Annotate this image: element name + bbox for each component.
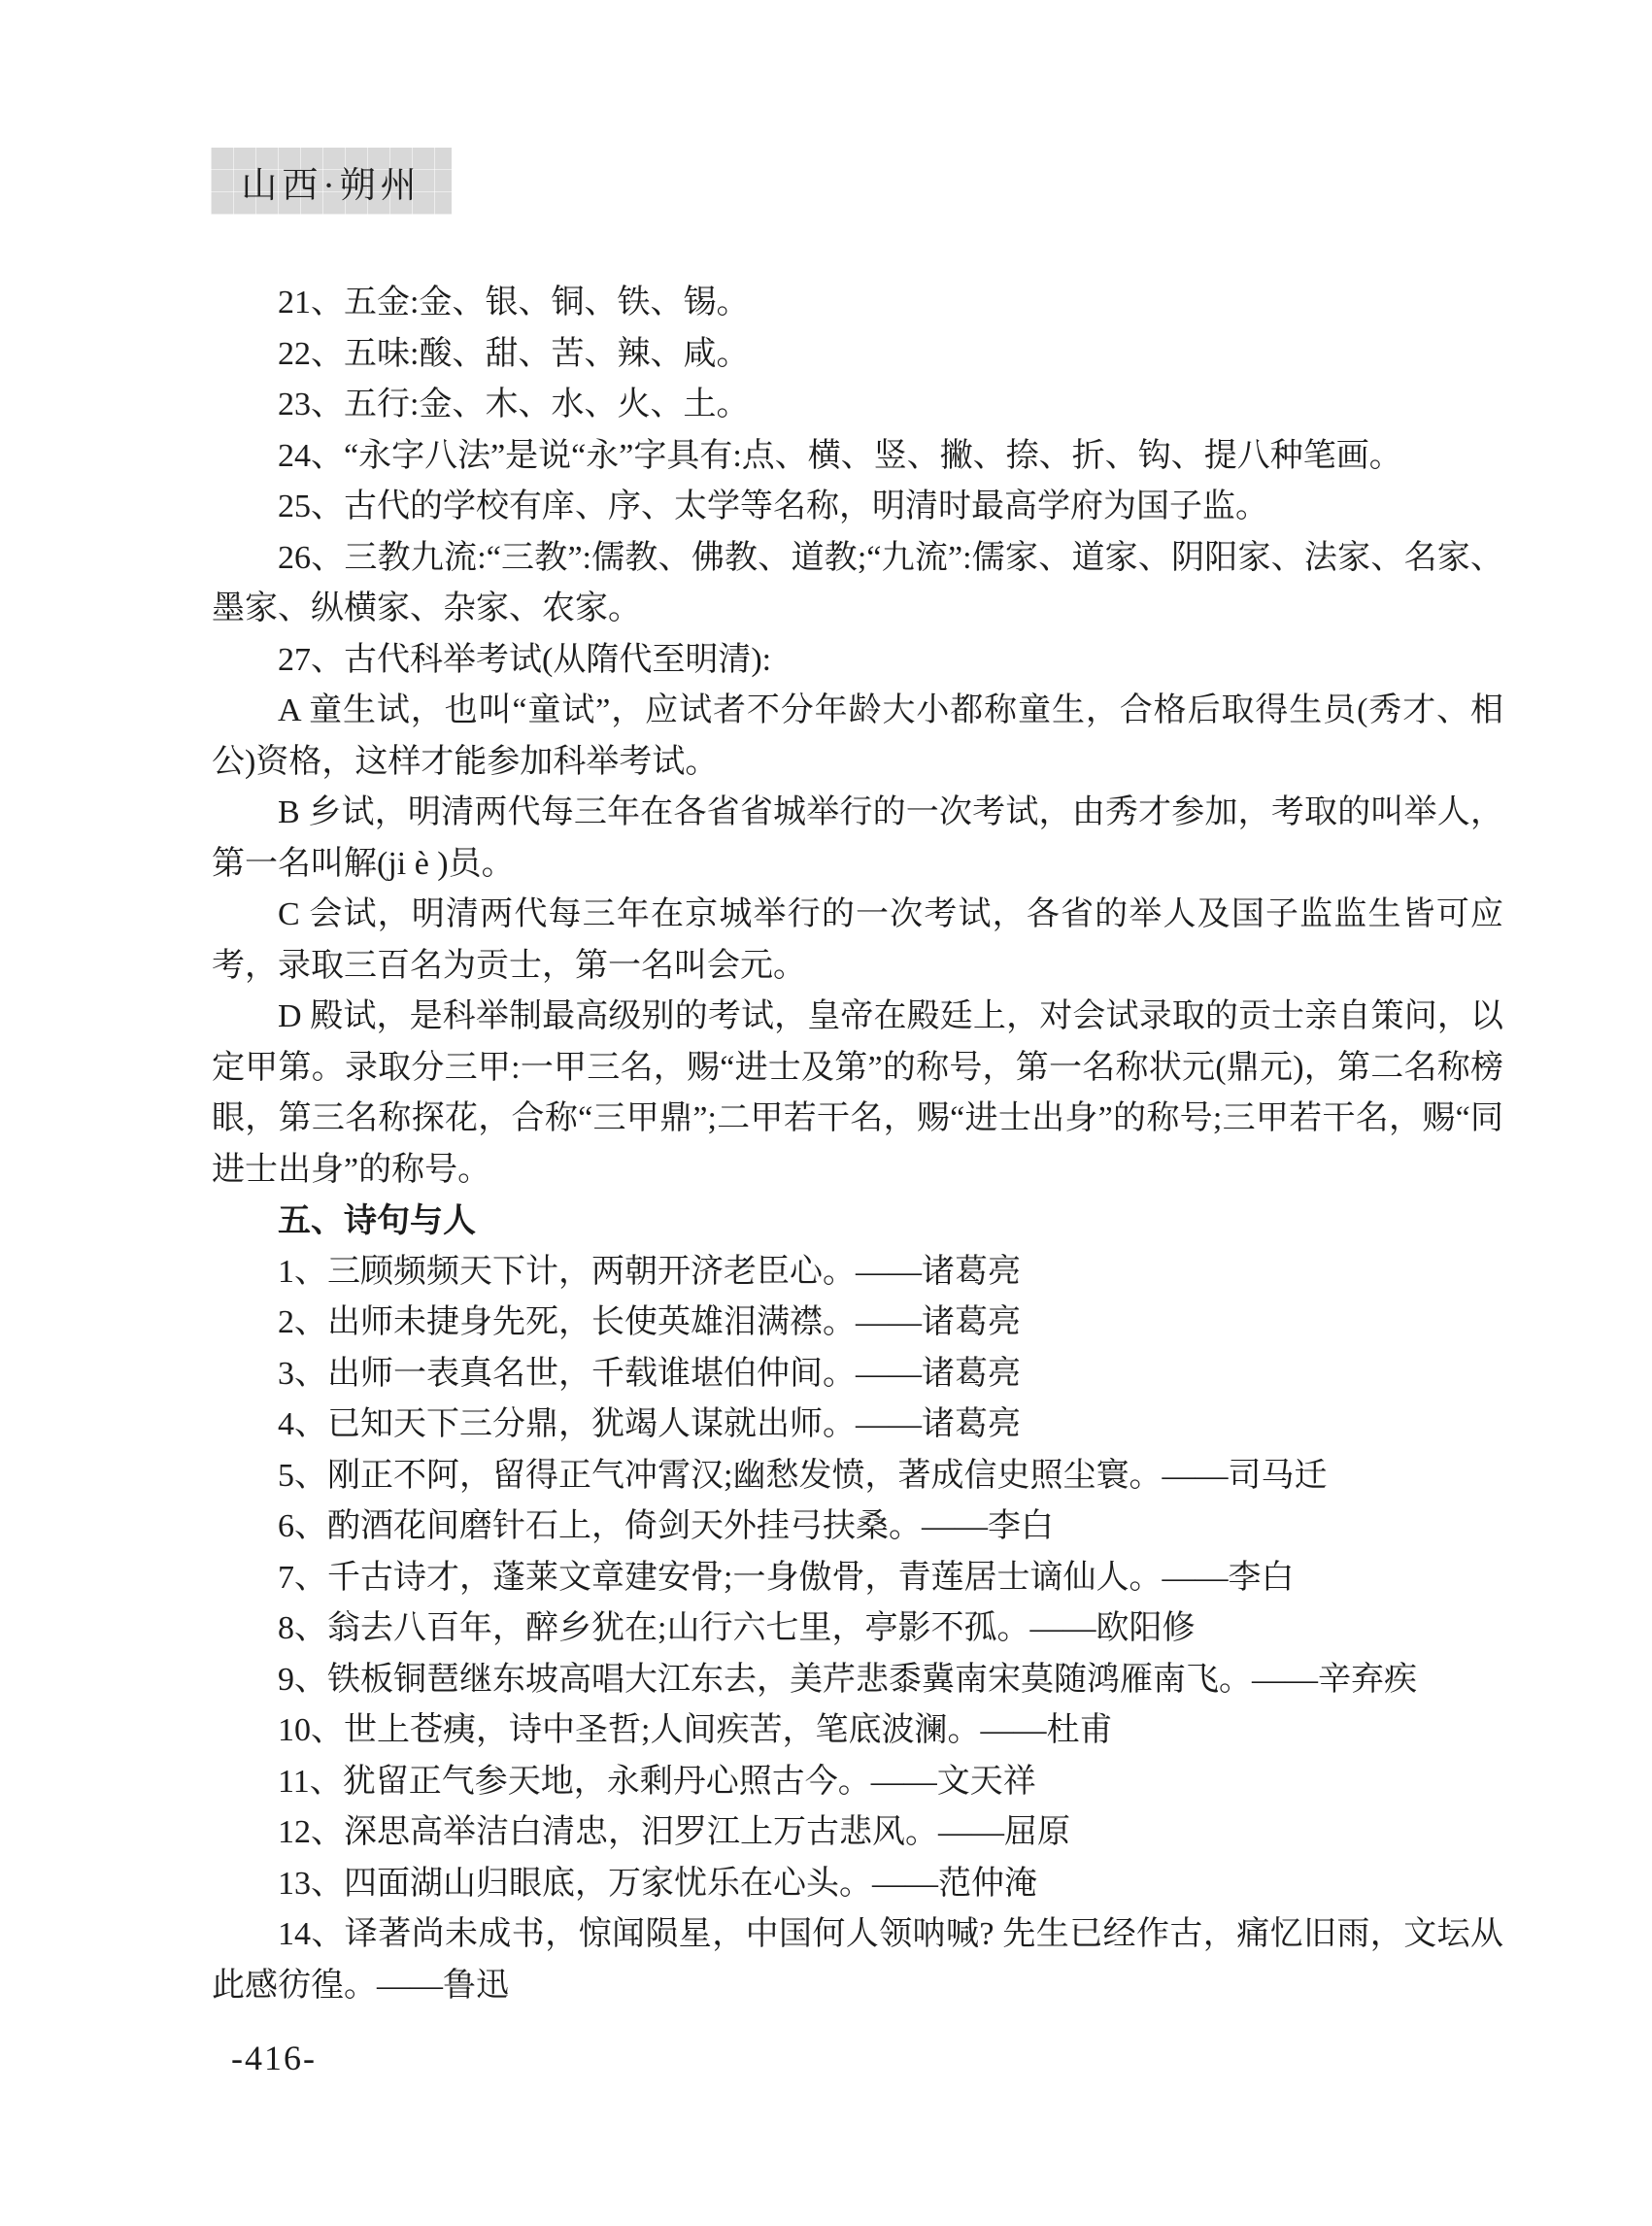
item-27b-xiangshi-exam: B 乡试，明清两代每三年在各省省城举行的一次考试，由秀才参加，考取的叫举人，第一… — [212, 788, 1503, 890]
item-26-three-teachings-nine-schools: 26、三教九流:“三教”:儒教、佛教、道教;“九流”:儒家、道家、阴阳家、法家、… — [212, 533, 1503, 635]
page-number: -416- — [231, 2038, 317, 2078]
poem-line-2: 2、出师未捷身先死，长使英雄泪满襟。——诸葛亮 — [212, 1298, 1503, 1349]
poem-line-7: 7、千古诗才，蓬莱文章建安骨;一身傲骨，青莲居士谪仙人。——李白 — [212, 1553, 1503, 1604]
item-22-five-tastes: 22、五味:酸、甜、苦、辣、咸。 — [212, 329, 1503, 381]
item-24-eight-strokes: 24、“永字八法”是说“永”字具有:点、横、竖、撇、捺、折、钩、提八种笔画。 — [212, 431, 1503, 483]
poem-line-3: 3、出师一表真名世，千载谁堪伯仲间。——诸葛亮 — [212, 1349, 1503, 1400]
poem-line-12: 12、深思高举洁白清忠，汨罗江上万古悲风。——屈原 — [212, 1807, 1503, 1859]
item-27c-huishi-exam: C 会试，明清两代每三年在京城举行的一次考试，各省的举人及国子监监生皆可应考，录… — [212, 890, 1503, 992]
poem-line-5: 5、刚正不阿，留得正气冲霄汉;幽愁发愤，著成信史照尘寰。——司马迁 — [212, 1451, 1503, 1502]
item-21-five-metals: 21、五金:金、银、铜、铁、锡。 — [212, 278, 1503, 329]
poem-line-13: 13、四面湖山归眼底，万家忧乐在心头。——范仲淹 — [212, 1859, 1503, 1910]
item-27-imperial-exams: 27、古代科举考试(从隋代至明清): — [212, 635, 1503, 687]
poem-line-4: 4、已知天下三分鼎，犹竭人谋就出师。——诸葛亮 — [212, 1400, 1503, 1451]
item-27a-tongsheng-exam: A 童生试，也叫“童试”，应试者不分年龄大小都称童生，合格后取得生员(秀才、相公… — [212, 686, 1503, 788]
poem-line-14: 14、译著尚未成书，惊闻陨星，中国何人领呐喊? 先生已经作古，痛忆旧雨，文坛从此… — [212, 1909, 1503, 2011]
section-heading-poems-and-people: 五、诗句与人 — [212, 1196, 1503, 1247]
region-header-badge: 山西·朔州 — [211, 148, 452, 215]
poem-line-1: 1、三顾频频天下计，两朝开济老臣心。——诸葛亮 — [212, 1247, 1503, 1298]
poem-line-6: 6、酌酒花间磨针石上，倚剑天外挂弓扶桑。——李白 — [212, 1501, 1503, 1553]
item-25-ancient-schools: 25、古代的学校有庠、序、太学等名称，明清时最高学府为国子监。 — [212, 482, 1503, 533]
poem-line-10: 10、世上苍痍，诗中圣哲;人间疾苦，笔底波澜。——杜甫 — [212, 1705, 1503, 1757]
item-27d-dianshi-exam: D 殿试，是科举制最高级别的考试，皇帝在殿廷上，对会试录取的贡士亲自策问，以定甲… — [212, 992, 1503, 1196]
poem-line-9: 9、铁板铜琶继东坡高唱大江东去，美芹悲黍冀南宋莫随鸿雁南飞。——辛弃疾 — [212, 1655, 1503, 1706]
item-23-five-elements: 23、五行:金、木、水、火、土。 — [212, 380, 1503, 431]
poem-line-11: 11、犹留正气参天地，永剩丹心照古今。——文天祥 — [212, 1757, 1503, 1808]
poem-line-8: 8、翁去八百年，醉乡犹在;山行六七里，亭影不孤。——欧阳修 — [212, 1603, 1503, 1655]
region-header-label: 山西·朔州 — [241, 155, 421, 208]
document-body: 21、五金:金、银、铜、铁、锡。 22、五味:酸、甜、苦、辣、咸。 23、五行:… — [212, 278, 1503, 2011]
